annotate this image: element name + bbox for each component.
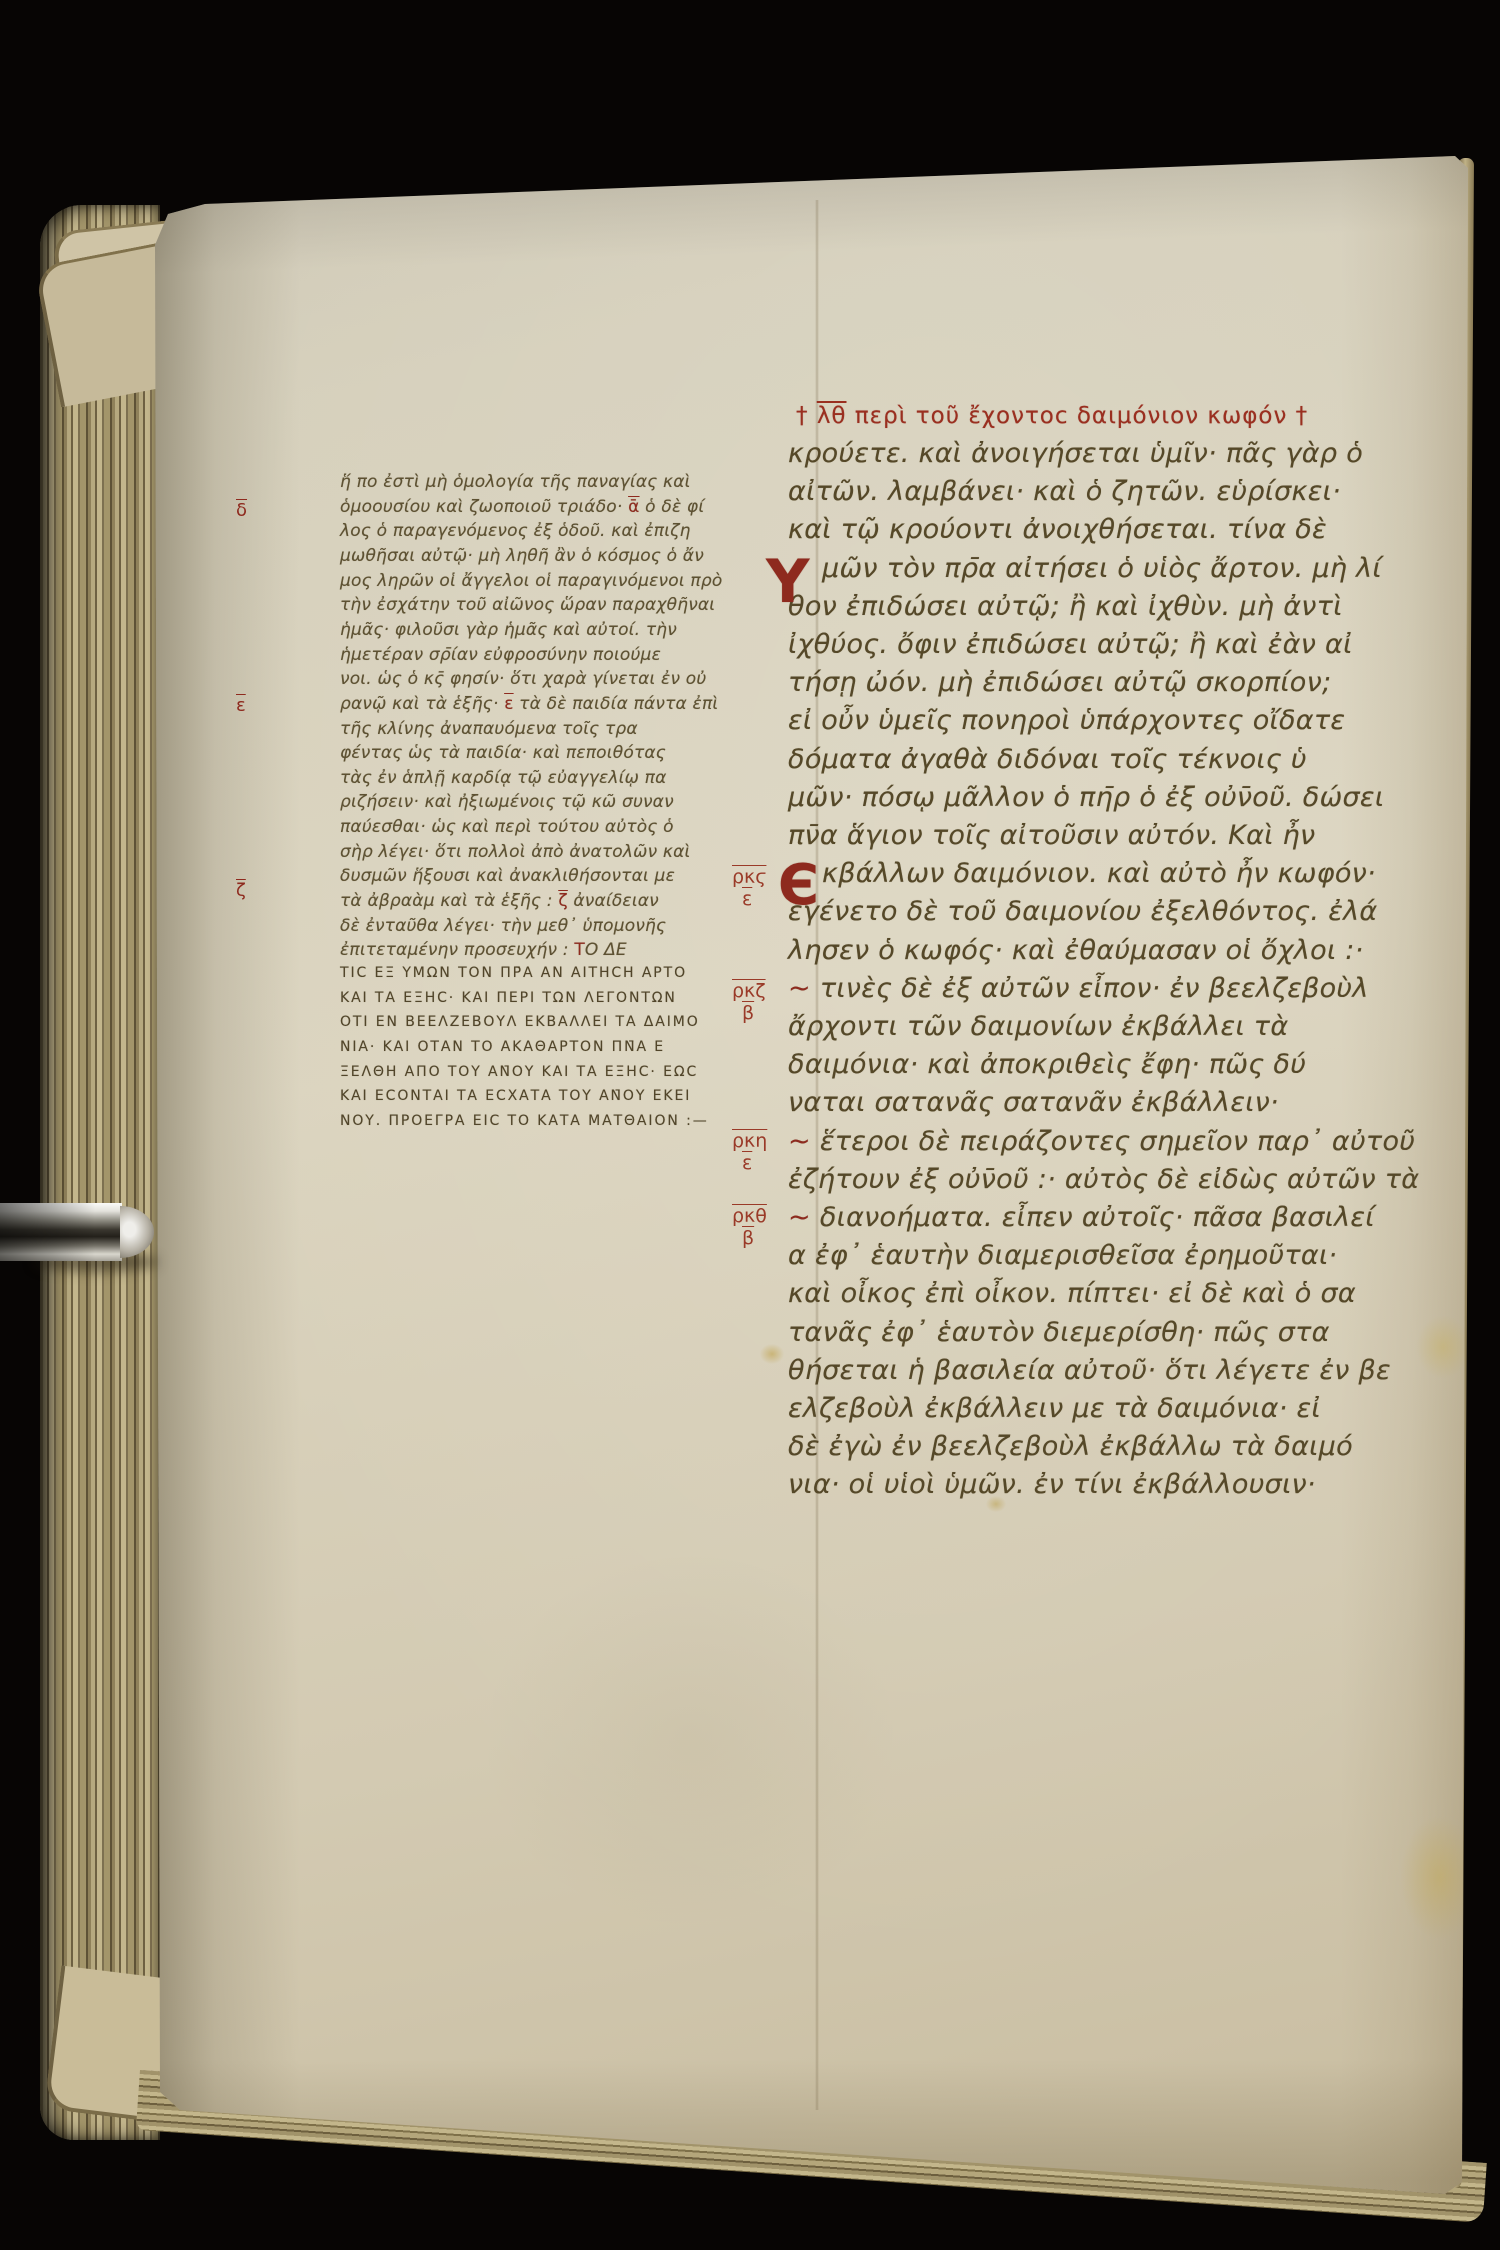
gospel-line: ἄρχοντι τῶν δαιμονίων ἐκβάλλει τὰ [788,1011,1288,1042]
commentary-line: φέντας ὡς τὰ παιδία· καὶ πεποιθότας [340,743,666,763]
canon-number: ε [732,1152,788,1174]
text-segment: ἐγένετο δὲ τοῦ δαιμονίου ἐξελθόντος. ἐλά [788,896,1377,927]
gospel-line: πν̄α ἅγιον τοῖς αἰτοῦσιν αὐτόν. Καὶ ἦν [788,820,1315,851]
text-segment: τὰς ἐν ἁπλῇ καρδίᾳ τῷ εὐαγγελίῳ πα [340,768,666,788]
commentary-line: ριζήσειν· καὶ ἠξιωμένοις τῷ κῶ συναν [340,792,674,812]
eusebian-section-mark: ρκϛε [732,866,788,910]
canon-number: β [732,1227,788,1249]
text-segment: σὴρ λέγει· ὅτι πολλοὶ ἀπὸ ἀνατολῶν καὶ [340,842,690,862]
gospel-line: α ἐφ᾽ ἑαυτὴν διαμερισθεῖσα ἐρημοῦται· [788,1240,1337,1271]
gospel-line: δόματα ἀγαθὰ διδόναι τοῖς τέκνοις ὑ [788,744,1307,775]
gospel-line: κρούετε. καὶ ἀνοιγήσεται ὑμῖν· πᾶς γὰρ ὁ [788,438,1363,469]
commentary-line: λος ὁ παραγενόμενος ἐξ ὁδοῦ. καὶ ἐπιζη [340,521,691,541]
text-segment: λησεν ὁ κωφός· καὶ ἐθαύμασαν οἱ ὄχλοι :· [788,935,1364,966]
commentary-line: ἡμετέραν σρ̄ίαν εὐφροσύνην ποιούμε [340,645,661,665]
section-number: ρκζ [732,980,766,1002]
commentary-line: ΟΤΙ ΕΝ ΒΕΕΛΖΕΒΟΥΛ ΕΚΒΑΛΛΕΙ ΤΑ ΔΑΙΜΟ [340,1014,700,1030]
text-segment: ἐζήτουν ἐξ οὐν̄οῦ :· αὐτὸς δὲ εἰδὼς αὐτῶ… [788,1164,1419,1195]
rubric-cross-icon: † [796,403,809,429]
gospel-line: λησεν ὁ κωφός· καὶ ἐθαύμασαν οἱ ὄχλοι :· [788,935,1364,966]
text-segment: ΟΤΙ ΕΝ ΒΕΕΛΖΕΒΟΥΛ ΕΚΒΑΛΛΕΙ ΤΑ ΔΑΙΜΟ [340,1014,700,1030]
text-segment: μῶν τὸν πρ̄α αἰτήσει ὁ υἱὸς ἄρτον. μὴ λί [822,553,1382,584]
text-segment: τῆς κλίνης ἀναπαυόμενα τοῖς τρα [340,719,638,739]
text-segment: ἥ πο ἐστὶ μὴ ὁμολογία τῆς παναγίας καὶ [340,472,691,492]
text-segment: ΝΟΥ. ΠΡΟΕΓΡΑ ΕΙϹ ΤΟ ΚΑΤΑ ΜΑΤΘΑΙΟΝ :— [340,1113,709,1129]
parchment-stain [1416,1315,1470,1379]
text-segment: ὁ δὲ φί [640,497,705,517]
text-segment: ἀναίδειαν [568,891,659,911]
text-segment: ~ [788,973,811,1004]
text-segment: νια· οἱ υἱοὶ ὑμῶν. ἐν τίνι ἐκβάλλουσιν· [788,1469,1316,1500]
text-segment: τανᾶς ἐφ᾽ ἑαυτὸν διεμερίσθη· πῶς στα [788,1317,1330,1348]
gospel-line: ἐγένετο δὲ τοῦ δαιμονίου ἐξελθόντος. ἐλά [788,896,1377,927]
gospel-line: ~ τινὲς δὲ ἐξ αὐτῶν εἶπον· ἐν βεελζεβοὺλ [788,973,1369,1004]
text-segment: Τ [574,940,585,960]
commentary-line: ἡμᾶς· φιλοῦσι γὰρ ἡμᾶς καὶ αὐτοί. τὴν [340,620,677,640]
text-segment: ἰχθύος. ὄφιν ἐπιδώσει αὐτῷ; ἢ καὶ ἐὰν αἰ [788,629,1353,660]
gospel-line: ελζεβοὺλ ἐκβάλλειν με τὰ δαιμόνια· εἰ [788,1393,1321,1424]
commentary-line: ΤΙϹ ΕΞ ΥΜΩΝ ΤΟΝ ΠΡ̄Α ΑΝ ΑΙΤΗϹΗ ΑΡΤΟ [340,965,687,981]
gospel-line: ναται σατανᾶς σατανᾶν ἐκβάλλειν· [788,1087,1279,1118]
text-segment: ρανῷ καὶ τὰ ἑξῆς· [340,694,504,714]
commentary-line: μος ληρῶν οἱ ἄγγελοι οἱ παραγινόμενοι πρ… [340,571,722,591]
gospel-line: δαιμόνια· καὶ ἀποκριθεὶς ἔφη· πῶς δύ [788,1049,1306,1080]
glass-page-weight [0,1203,122,1261]
text-segment: ΝΙΑ· ΚΑΙ ΟΤΑΝ ΤΟ ΑΚΑΘΑΡΤΟΝ ΠΝ̄Α Ε [340,1039,665,1055]
gospel-line: ἐζήτουν ἐξ οὐν̄οῦ :· αὐτὸς δὲ εἰδὼς αὐτῶ… [788,1164,1419,1195]
text-segment: φέντας ὡς τὰ παιδία· καὶ πεποιθότας [340,743,666,763]
text-segment: ΞΕΛΘΗ ΑΠΟ ΤΟΥ ΑΝ̄ΟΥ ΚΑΙ ΤΑ ΕΞΗϹ· ΕΩϹ [340,1064,698,1080]
chapter-title: περὶ τοῦ ἔχοντοϲ δαιμόνιον κωφόν [855,403,1288,429]
text-segment: πν̄α ἅγιον τοῖς αἰτοῦσιν αὐτόν. Καὶ ἦν [788,820,1315,851]
text-segment: ᾱ [628,497,639,517]
text-segment: ~ [788,1126,811,1157]
eusebian-section-mark: ρκηε [732,1130,788,1174]
parchment-stain [1400,1815,1478,1940]
text-segment: ~ [788,1202,811,1233]
commentary-line: σὴρ λέγει· ὅτι πολλοὶ ἀπὸ ἀνατολῶν καὶ [340,842,690,862]
canon-number: β [732,1002,788,1024]
scholion-number: ε [236,695,246,716]
manuscript-photo: † λθ περὶ τοῦ ἔχοντοϲ δαιμόνιον κωφόν † … [0,0,1500,2250]
commentary-line: ρανῷ καὶ τὰ ἑξῆς· ε τὰ δὲ παιδία πάντα ἐ… [340,694,718,714]
commentary-line: ΝΙΑ· ΚΑΙ ΟΤΑΝ ΤΟ ΑΚΑΘΑΡΤΟΝ ΠΝ̄Α Ε [340,1039,665,1055]
text-segment: μος ληρῶν οἱ ἄγγελοι οἱ παραγινόμενοι πρ… [340,571,722,591]
text-segment: αἰτῶν. λαμβάνει· καὶ ὁ ζητῶν. εὑρίσκει· [788,476,1341,507]
commentary-line: τὴν ἐσχάτην τοῦ αἰῶνος ὥραν παραχθῆναι [340,595,715,615]
text-segment: ἐπιτεταμένην προσευχήν : [340,940,574,960]
canon-number: ε [732,888,788,910]
commentary-line: ὁμοουσίου καὶ ζωοποιοῦ τριάδο· ᾱ ὁ δὲ φί [340,497,704,517]
eusebian-section-mark: ρκζβ [732,980,788,1024]
text-segment: τινὲς δὲ ἐξ αὐτῶν εἶπον· ἐν βεελζεβοὺλ [811,973,1369,1004]
section-number: ρκη [732,1130,767,1152]
text-segment: δόματα ἀγαθὰ διδόναι τοῖς τέκνοις ὑ [788,744,1307,775]
commentary-line: ΚΑΙ ΤΑ ΕΞΗϹ· ΚΑΙ ΠΕΡΙ ΤΩΝ ΛΕΓΟΝΤΩΝ [340,990,677,1006]
rubricated-initial: Υ [766,552,809,612]
book-page-edges [40,205,160,2140]
commentary-line: τῆς κλίνης ἀναπαυόμενα τοῖς τρα [340,719,638,739]
text-segment: θήσεται ἡ βασιλεία αὐτοῦ· ὅτι λέγετε ἐν … [788,1355,1391,1386]
text-segment: καὶ τῷ κρούοντι ἀνοιχθήσεται. τίνα δὲ [788,514,1327,545]
text-segment: μῶν· πόσῳ μᾶλλον ὁ πη̄ρ ὁ ἐξ οὐν̄οῦ. δώσ… [788,782,1384,813]
gospel-line: μῶν· πόσῳ μᾶλλον ὁ πη̄ρ ὁ ἐξ οὐν̄οῦ. δώσ… [788,782,1384,813]
commentary-line: ΝΟΥ. ΠΡΟΕΓΡΑ ΕΙϹ ΤΟ ΚΑΤΑ ΜΑΤΘΑΙΟΝ :— [340,1113,709,1129]
text-segment: παύεσθαι· ὡς καὶ περὶ τούτου αὐτὸς ὁ [340,817,674,837]
gospel-line: αἰτῶν. λαμβάνει· καὶ ὁ ζητῶν. εὑρίσκει· [788,476,1341,507]
commentary-line: ΞΕΛΘΗ ΑΠΟ ΤΟΥ ΑΝ̄ΟΥ ΚΑΙ ΤΑ ΕΞΗϹ· ΕΩϹ [340,1064,698,1080]
gospel-line: εἰ οὖν ὑμεῖς πονηροὶ ὑπάρχοντες οἴδατε [788,705,1345,736]
gospel-line: θήσεται ἡ βασιλεία αὐτοῦ· ὅτι λέγετε ἐν … [788,1355,1391,1386]
chapter-title-rubric: † λθ περὶ τοῦ ἔχοντοϲ δαιμόνιον κωφόν † [796,403,1256,429]
chapter-number: λθ [817,403,847,429]
text-segment: τὰ δὲ παιδία πάντα ἐπὶ [514,694,719,714]
text-segment: καὶ οἶκος ἐπὶ οἶκον. πίπτει· εἰ δὲ καὶ ὁ… [788,1278,1356,1309]
text-segment: Ο ΔΕ [585,940,627,960]
gospel-line: ἰχθύος. ὄφιν ἐπιδώσει αὐτῷ; ἢ καὶ ἐὰν αἰ [788,629,1353,660]
text-segment: ΚΑΙ ΤΑ ΕΞΗϹ· ΚΑΙ ΠΕΡΙ ΤΩΝ ΛΕΓΟΝΤΩΝ [340,990,677,1006]
text-segment: ελζεβοὺλ ἐκβάλλειν με τὰ δαιμόνια· εἰ [788,1393,1321,1424]
commentary-line: ΚΑΙ ΕϹΟΝΤΑΙ ΤΑ ΕϹΧΑΤΑ ΤΟΥ ΑΝ̄ΟΥ ΕΚΕΙ [340,1088,691,1104]
commentary-line: νοι. ὡς ὁ κς̄ φησίν· ὅτι χαρὰ γίνεται ἐν… [340,669,706,689]
gospel-line: θον ἐπιδώσει αὐτῷ; ἢ καὶ ἰχθὺν. μὴ ἀντὶ [788,591,1343,622]
glass-page-weight-shading [0,1203,122,1261]
section-number: ρκθ [732,1205,767,1227]
scholion-number: δ [236,500,247,521]
scholion-number: ζ [236,880,246,901]
commentary-line: ἐπιτεταμένην προσευχήν : ΤΟ ΔΕ [340,940,627,960]
parchment-page: † λθ περὶ τοῦ ἔχοντοϲ δαιμόνιον κωφόν † … [0,0,1500,2250]
parchment-stain [760,1344,784,1364]
text-segment: ριζήσειν· καὶ ἠξιωμένοις τῷ κῶ συναν [340,792,674,812]
text-segment: ΤΙϹ ΕΞ ΥΜΩΝ ΤΟΝ ΠΡ̄Α ΑΝ ΑΙΤΗϹΗ ΑΡΤΟ [340,965,687,981]
text-segment: διανοήματα. εἶπεν αὐτοῖς· πᾶσα βασιλεί [811,1202,1375,1233]
commentary-line: ἥ πο ἐστὶ μὴ ὁμολογία τῆς παναγίας καὶ [340,472,691,492]
gospel-line: κβάλλων δαιμόνιον. καὶ αὐτὸ ἦν κωφόν· [788,858,1376,889]
text-segment: κρούετε. καὶ ἀνοιγήσεται ὑμῖν· πᾶς γὰρ ὁ [788,438,1363,469]
text-segment: ΚΑΙ ΕϹΟΝΤΑΙ ΤΑ ΕϹΧΑΤΑ ΤΟΥ ΑΝ̄ΟΥ ΕΚΕΙ [340,1088,691,1104]
gospel-line: καὶ οἶκος ἐπὶ οἶκον. πίπτει· εἰ δὲ καὶ ὁ… [788,1278,1356,1309]
gospel-line: τήσῃ ὠόν. μὴ ἐπιδώσει αὐτῷ σκορπίον; [788,667,1331,698]
text-segment: δὲ ἐγὼ ἐν βεελζεβοὺλ ἐκβάλλω τὰ δαιμό [788,1431,1353,1462]
commentary-line: δυσμῶν ἥξουσι καὶ ἀνακλιθήσονται με [340,866,675,886]
text-segment: α ἐφ᾽ ἑαυτὴν διαμερισθεῖσα ἐρημοῦται· [788,1240,1337,1271]
text-segment: ἕτεροι δὲ πειράζοντες σημεῖον παρ᾽ αὐτοῦ [811,1126,1415,1157]
gospel-line: ~ διανοήματα. εἶπεν αὐτοῖς· πᾶσα βασιλεί [788,1202,1375,1233]
gospel-line: νια· οἱ υἱοὶ ὑμῶν. ἐν τίνι ἐκβάλλουσιν· [788,1469,1316,1500]
text-segment: τὴν ἐσχάτην τοῦ αἰῶνος ὥραν παραχθῆναι [340,595,715,615]
text-segment: ναται σατανᾶς σατανᾶν ἐκβάλλειν· [788,1087,1279,1118]
commentary-line: τὰς ἐν ἁπλῇ καρδίᾳ τῷ εὐαγγελίῳ πα [340,768,666,788]
section-number: ρκϛ [732,866,766,888]
text-segment: ἡμετέραν σρ̄ίαν εὐφροσύνην ποιούμε [340,645,661,665]
text-segment: νοι. ὡς ὁ κς̄ φησίν· ὅτι χαρὰ γίνεται ἐν… [340,669,706,689]
eusebian-section-mark: ρκθβ [732,1205,788,1249]
parchment-stain [480,1550,900,1930]
gospel-line: καὶ τῷ κρούοντι ἀνοιχθήσεται. τίνα δὲ [788,514,1327,545]
gospel-line: ~ ἕτεροι δὲ πειράζοντες σημεῖον παρ᾽ αὐτ… [788,1126,1415,1157]
text-segment: κβάλλων δαιμόνιον. καὶ αὐτὸ ἦν κωφόν· [822,858,1376,889]
text-segment: ἡμᾶς· φιλοῦσι γὰρ ἡμᾶς καὶ αὐτοί. τὴν [340,620,677,640]
commentary-line: τὰ ἀβραὰμ καὶ τὰ ἑξῆς : ζ ἀναίδειαν [340,891,659,911]
commentary-line: παύεσθαι· ὡς καὶ περὶ τούτου αὐτὸς ὁ [340,817,674,837]
text-segment: θον ἐπιδώσει αὐτῷ; ἢ καὶ ἰχθὺν. μὴ ἀντὶ [788,591,1343,622]
gospel-line: τανᾶς ἐφ᾽ ἑαυτὸν διεμερίσθη· πῶς στα [788,1317,1330,1348]
text-segment: ε [504,694,513,714]
commentary-line: μωθῆσαι αὐτῷ· μὴ ληθῆ ἂν ὁ κόσμος ὁ ἄν [340,546,704,566]
text-segment: δυσμῶν ἥξουσι καὶ ἀνακλιθήσονται με [340,866,675,886]
text-segment: ἄρχοντι τῶν δαιμονίων ἐκβάλλει τὰ [788,1011,1288,1042]
rubric-cross-icon: † [1296,403,1309,429]
gospel-line: μῶν τὸν πρ̄α αἰτήσει ὁ υἱὸς ἄρτον. μὴ λί [788,553,1382,584]
text-segment: ζ [558,891,567,911]
text-segment: τήσῃ ὠόν. μὴ ἐπιδώσει αὐτῷ σκορπίον; [788,667,1331,698]
text-segment: τὰ ἀβραὰμ καὶ τὰ ἑξῆς : [340,891,558,911]
text-segment: ὁμοουσίου καὶ ζωοποιοῦ τριάδο· [340,497,628,517]
text-segment: εἰ οὖν ὑμεῖς πονηροὶ ὑπάρχοντες οἴδατε [788,705,1345,736]
commentary-line: δὲ ἐνταῦθα λέγει· τὴν μεθ᾽ ὑπομονῆς [340,916,666,936]
text-segment: μωθῆσαι αὐτῷ· μὴ ληθῆ ἂν ὁ κόσμος ὁ ἄν [340,546,704,566]
gospel-line: δὲ ἐγὼ ἐν βεελζεβοὺλ ἐκβάλλω τὰ δαιμό [788,1431,1353,1462]
text-segment: λος ὁ παραγενόμενος ἐξ ὁδοῦ. καὶ ἐπιζη [340,521,691,541]
text-segment: δὲ ἐνταῦθα λέγει· τὴν μεθ᾽ ὑπομονῆς [340,916,666,936]
text-segment: δαιμόνια· καὶ ἀποκριθεὶς ἔφη· πῶς δύ [788,1049,1306,1080]
